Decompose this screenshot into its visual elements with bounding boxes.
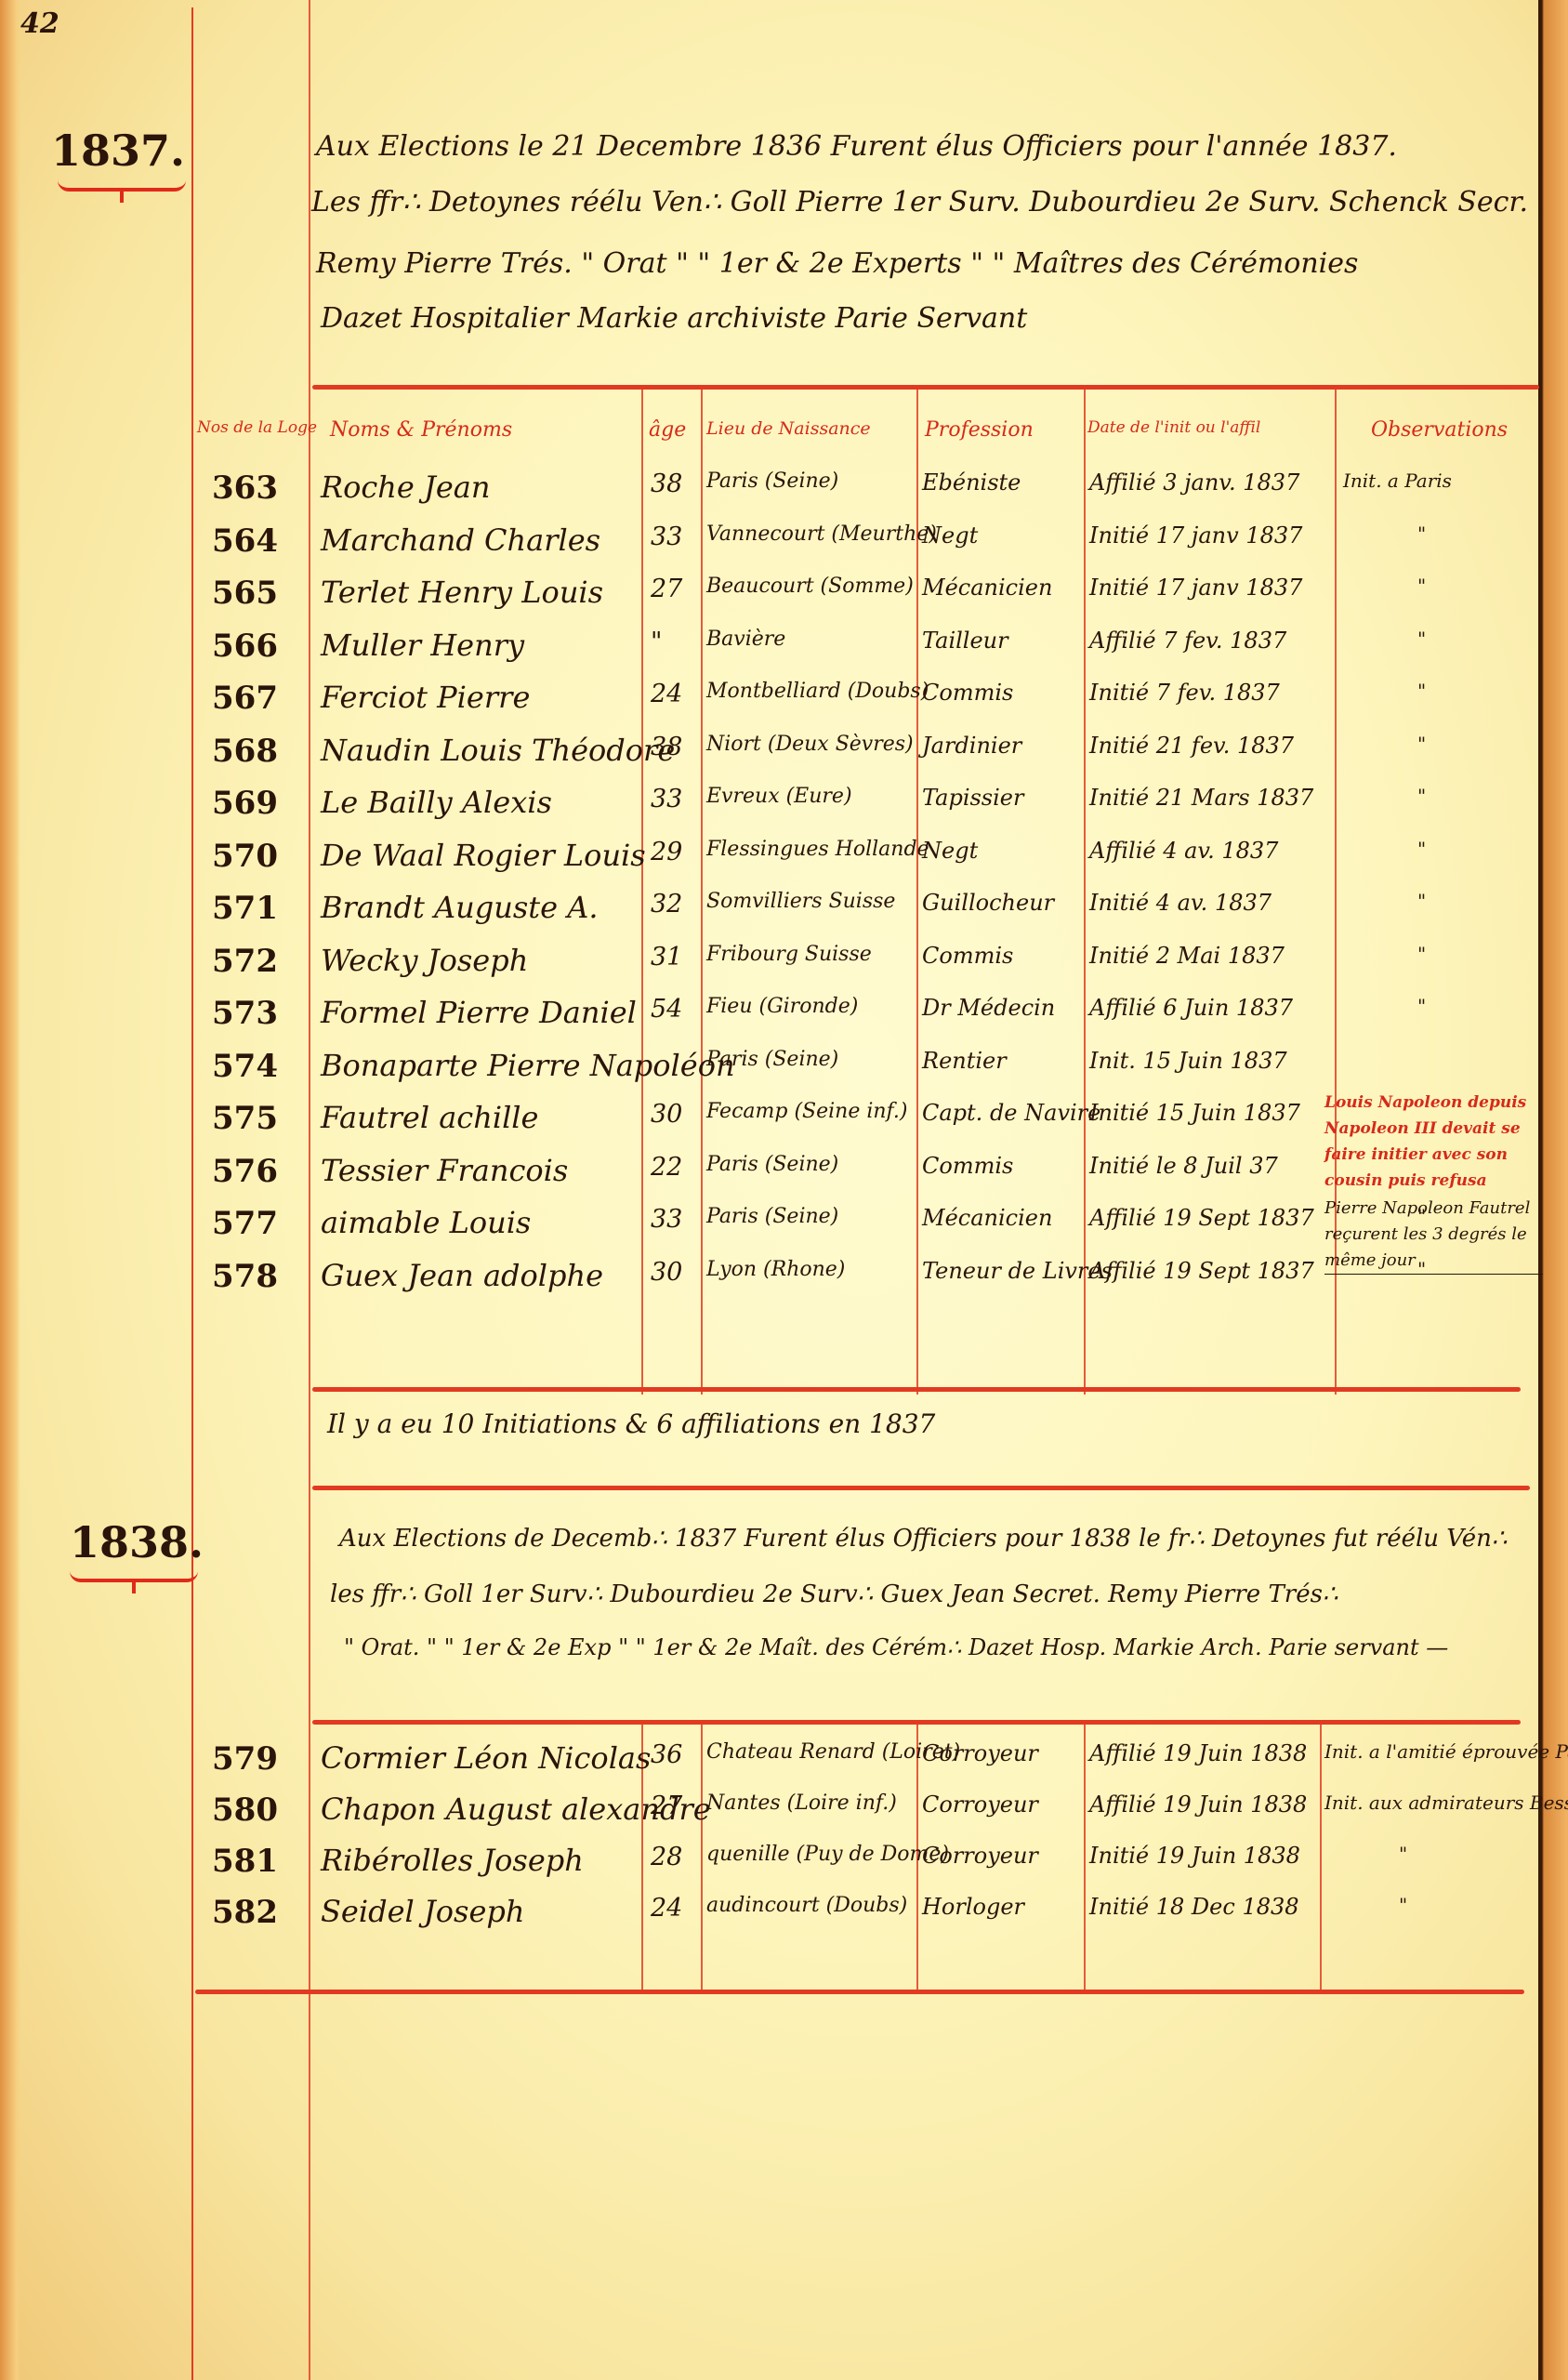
row-date: Affilié 6 Juin 1837 <box>1089 995 1293 1021</box>
row-profession: Horloger <box>922 1894 1024 1920</box>
row-age: 32 <box>651 890 682 919</box>
row-age: 29 <box>651 838 682 866</box>
page-edge-left <box>0 0 20 2380</box>
election-line: les ffr∴ Goll 1er Surv∴ Dubourdieu 2e Su… <box>330 1580 1338 1608</box>
row-profession: Mécanicien <box>922 575 1052 601</box>
row-name: De Waal Rogier Louis <box>321 838 646 873</box>
row-age: 33 <box>651 522 682 551</box>
row-age: 38 <box>651 469 682 498</box>
row-birthplace: Paris (Seine) <box>706 1153 838 1176</box>
row-observation: " <box>1417 628 1426 650</box>
row-age: 27 <box>651 575 682 603</box>
row-date: Initié 7 fev. 1837 <box>1089 680 1280 706</box>
row-age: 30 <box>651 1100 682 1129</box>
row-number: 568 <box>212 733 278 770</box>
row-name: Wecky Joseph <box>321 943 528 978</box>
row-name: Muller Henry <box>321 628 524 663</box>
row-profession: Negt <box>922 838 978 864</box>
row-number: 577 <box>212 1205 278 1242</box>
row-number: 580 <box>212 1792 278 1829</box>
row-observation: " <box>1417 575 1426 597</box>
row-profession: Tailleur <box>922 628 1008 654</box>
election-line: " Orat. " " 1er & 2e Exp " " 1er & 2e Ma… <box>344 1634 1448 1660</box>
year-bracket-1838 <box>70 1566 198 1582</box>
row-birthplace: Somvilliers Suisse <box>706 890 895 913</box>
row-observation: " <box>1417 838 1426 860</box>
row-name: Naudin Louis Théodore <box>321 733 675 768</box>
row-date: Affilié 7 fev. 1837 <box>1089 628 1286 654</box>
row-number: 570 <box>212 838 278 875</box>
rule-table-bottom <box>312 1387 1521 1392</box>
row-profession: Corroyeur <box>922 1843 1038 1869</box>
row-name: Roche Jean <box>321 469 490 505</box>
row-observation: " <box>1417 680 1426 702</box>
row-name: Ribérolles Joseph <box>321 1843 584 1878</box>
row-date: Initié 15 Juin 1837 <box>1089 1100 1300 1126</box>
summary-1837: Il y a eu 10 Initiations & 6 affiliation… <box>327 1408 935 1439</box>
row-profession: Negt <box>922 522 978 549</box>
margin-rule-2 <box>309 0 310 2380</box>
row-date: Init. 15 Juin 1837 <box>1089 1048 1287 1074</box>
observation-note-three-degrees: Pierre Napoleon Fautrel reçurent les 3 d… <box>1324 1196 1543 1275</box>
row-profession: Tapissier <box>922 785 1023 811</box>
rule-header-top <box>312 385 1539 390</box>
row-profession: Guillocheur <box>922 890 1054 916</box>
row-birthplace: Evreux (Eure) <box>706 785 852 808</box>
header-profession: Profession <box>925 418 1034 442</box>
row-observation: " <box>1417 995 1426 1017</box>
year-heading-1838: 1838. <box>70 1517 204 1567</box>
row-age: 27 <box>651 1792 682 1820</box>
row-profession: Rentier <box>922 1048 1007 1074</box>
row-age: 33 <box>651 785 682 813</box>
row-profession: Ebéniste <box>922 469 1021 496</box>
row-profession: Dr Médecin <box>922 995 1055 1021</box>
row-age: 33 <box>651 1205 682 1234</box>
row-age: 36 <box>651 1740 682 1769</box>
observation-note-bonaparte: Louis Napoleon depuis Napoleon III devai… <box>1324 1090 1543 1194</box>
row-name: Tessier Francois <box>321 1153 568 1188</box>
row-number: 569 <box>212 785 278 822</box>
row-birthplace: Flessingues Hollande <box>706 838 929 861</box>
row-age: 24 <box>651 680 682 708</box>
row-date: Initié 2 Mai 1837 <box>1089 943 1285 969</box>
row-observation: Init. a l'amitié éprouvée Paris — <box>1324 1740 1568 1763</box>
row-birthplace: Beaucourt (Somme) <box>706 575 914 598</box>
row-observation: " <box>1417 522 1426 545</box>
row-number: 565 <box>212 575 278 612</box>
row-name: Formel Pierre Daniel <box>321 995 637 1030</box>
header-birthplace: Lieu de Naissance <box>706 418 871 439</box>
row-observation: " <box>1399 1843 1407 1865</box>
header-observations: Observations <box>1371 418 1508 442</box>
election-line: Remy Pierre Trés. " Orat " " 1er & 2e Ex… <box>316 247 1358 280</box>
row-name: Bonaparte Pierre Napoléon <box>321 1048 735 1083</box>
row-name: Seidel Joseph <box>321 1894 524 1929</box>
row-birthplace: Fribourg Suisse <box>706 943 872 966</box>
row-profession: Corroyeur <box>922 1792 1038 1818</box>
row-observation: " <box>1417 785 1426 807</box>
row-number: 576 <box>212 1153 278 1190</box>
row-observation: " <box>1417 890 1426 912</box>
row-name: Ferciot Pierre <box>321 680 530 715</box>
row-date: Initié 21 Mars 1837 <box>1089 785 1313 811</box>
row-number: 575 <box>212 1100 278 1137</box>
election-line: Aux Elections le 21 Decembre 1836 Furent… <box>316 130 1397 163</box>
row-observation: " <box>1399 1894 1407 1916</box>
row-observation: " <box>1417 733 1426 755</box>
row-date: Affilié 19 Sept 1837 <box>1089 1258 1314 1284</box>
col-rule-age <box>701 389 703 1395</box>
row-profession: Commis <box>922 943 1013 969</box>
row-observation: Init. aux admirateurs Bessines Paris <box>1324 1792 1568 1814</box>
col-rule-name <box>641 389 643 1395</box>
row-date: Initié 4 av. 1837 <box>1089 890 1272 916</box>
row-name: Guex Jean adolphe <box>321 1258 603 1293</box>
row-date: Affilié 4 av. 1837 <box>1089 838 1278 864</box>
row-observation: " <box>1417 943 1426 965</box>
row-birthplace: Vannecourt (Meurthe) <box>706 522 937 546</box>
col-rule-profession-1838 <box>1084 1722 1086 1993</box>
row-name: Marchand Charles <box>321 522 600 558</box>
row-date: Affilié 19 Juin 1838 <box>1089 1740 1307 1766</box>
row-profession: Teneur de Livres <box>922 1258 1113 1284</box>
header-names: Noms & Prénoms <box>330 418 512 442</box>
row-profession: Commis <box>922 1153 1013 1179</box>
row-name: Fautrel achille <box>321 1100 538 1135</box>
row-number: 564 <box>212 522 278 560</box>
row-age: 38 <box>651 733 682 761</box>
rule-1838-table-top <box>312 1720 1521 1725</box>
row-birthplace: Fieu (Gironde) <box>706 995 858 1018</box>
election-line: Les ffr∴ Detoynes réélu Ven∴ Goll Pierre… <box>311 186 1528 218</box>
row-birthplace: Lyon (Rhone) <box>706 1258 845 1281</box>
row-number: 566 <box>212 628 278 665</box>
row-age: 30 <box>651 1258 682 1287</box>
row-name: Brandt Auguste A. <box>321 890 599 925</box>
row-profession: Mécanicien <box>922 1205 1052 1231</box>
row-date: Initié le 8 Juil 37 <box>1089 1153 1278 1179</box>
page-number: 42 <box>20 7 59 40</box>
year-heading-1837: 1837. <box>51 126 185 176</box>
header-number: Nos de la Loge <box>197 418 317 437</box>
row-age: 28 <box>651 1843 682 1871</box>
row-name: aimable Louis <box>321 1205 531 1240</box>
row-profession: Capt. de Navire <box>922 1100 1100 1126</box>
row-birthplace: Nantes (Loire inf.) <box>706 1792 897 1815</box>
row-date: Affilié 3 janv. 1837 <box>1089 469 1299 496</box>
row-name: Le Bailly Alexis <box>321 785 552 820</box>
row-date: Initié 18 Dec 1838 <box>1089 1894 1299 1920</box>
row-date: Initié 17 janv 1837 <box>1089 522 1302 549</box>
row-age: 54 <box>651 995 682 1024</box>
row-age: 31 <box>651 943 682 972</box>
row-profession: Corroyeur <box>922 1740 1038 1766</box>
col-rule-profession <box>1084 389 1086 1395</box>
row-number: 573 <box>212 995 278 1032</box>
row-birthplace: Paris (Seine) <box>706 1048 838 1071</box>
row-birthplace: audincourt (Doubs) <box>706 1894 907 1917</box>
row-number: 567 <box>212 680 278 717</box>
row-birthplace: Fecamp (Seine inf.) <box>706 1100 908 1123</box>
header-age: âge <box>649 418 686 442</box>
row-profession: Commis <box>922 680 1013 706</box>
row-birthplace: Paris (Seine) <box>706 469 838 493</box>
col-rule-age-1838 <box>701 1722 703 1993</box>
ledger-page: 42 1837. Aux Elections le 21 Decembre 18… <box>0 0 1568 2380</box>
year-bracket-1837 <box>58 175 186 192</box>
election-line: Dazet Hospitalier Markie archiviste Pari… <box>321 302 1027 335</box>
row-number: 581 <box>212 1843 278 1880</box>
row-number: 574 <box>212 1048 278 1085</box>
rule-1838-table-bottom <box>195 1990 1524 1994</box>
row-birthplace: Paris (Seine) <box>706 1205 838 1228</box>
row-date: Initié 17 janv 1837 <box>1089 575 1302 601</box>
row-number: 571 <box>212 890 278 927</box>
row-age: " <box>651 628 662 656</box>
row-age: 22 <box>651 1153 682 1182</box>
row-date: Affilié 19 Juin 1838 <box>1089 1792 1307 1818</box>
row-birthplace: Niort (Deux Sèvres) <box>706 733 914 756</box>
row-date: Affilié 19 Sept 1837 <box>1089 1205 1314 1231</box>
row-profession: Jardinier <box>922 733 1021 759</box>
row-number: 578 <box>212 1258 278 1295</box>
row-number: 579 <box>212 1740 278 1778</box>
row-number: 582 <box>212 1894 278 1931</box>
header-date: Date de l'init ou l'affil <box>1087 418 1260 437</box>
row-date: Initié 19 Juin 1838 <box>1089 1843 1300 1869</box>
row-birthplace: Bavière <box>706 628 785 651</box>
row-number: 572 <box>212 943 278 980</box>
row-date: Initié 21 fev. 1837 <box>1089 733 1294 759</box>
row-name: Terlet Henry Louis <box>321 575 603 610</box>
election-line: Aux Elections de Decemb∴ 1837 Furent élu… <box>339 1525 1507 1553</box>
row-number: 363 <box>212 469 278 507</box>
col-rule-date-1838 <box>1320 1722 1322 1993</box>
row-age: 24 <box>651 1894 682 1923</box>
row-birthplace: quenille (Puy de Dome) <box>706 1843 949 1866</box>
row-observation: Init. a Paris <box>1343 469 1452 492</box>
margin-rule <box>191 7 193 2380</box>
row-birthplace: Montbelliard (Doubs) <box>706 680 929 703</box>
row-name: Cormier Léon Nicolas <box>321 1740 651 1776</box>
rule-summary-bottom <box>312 1486 1530 1490</box>
